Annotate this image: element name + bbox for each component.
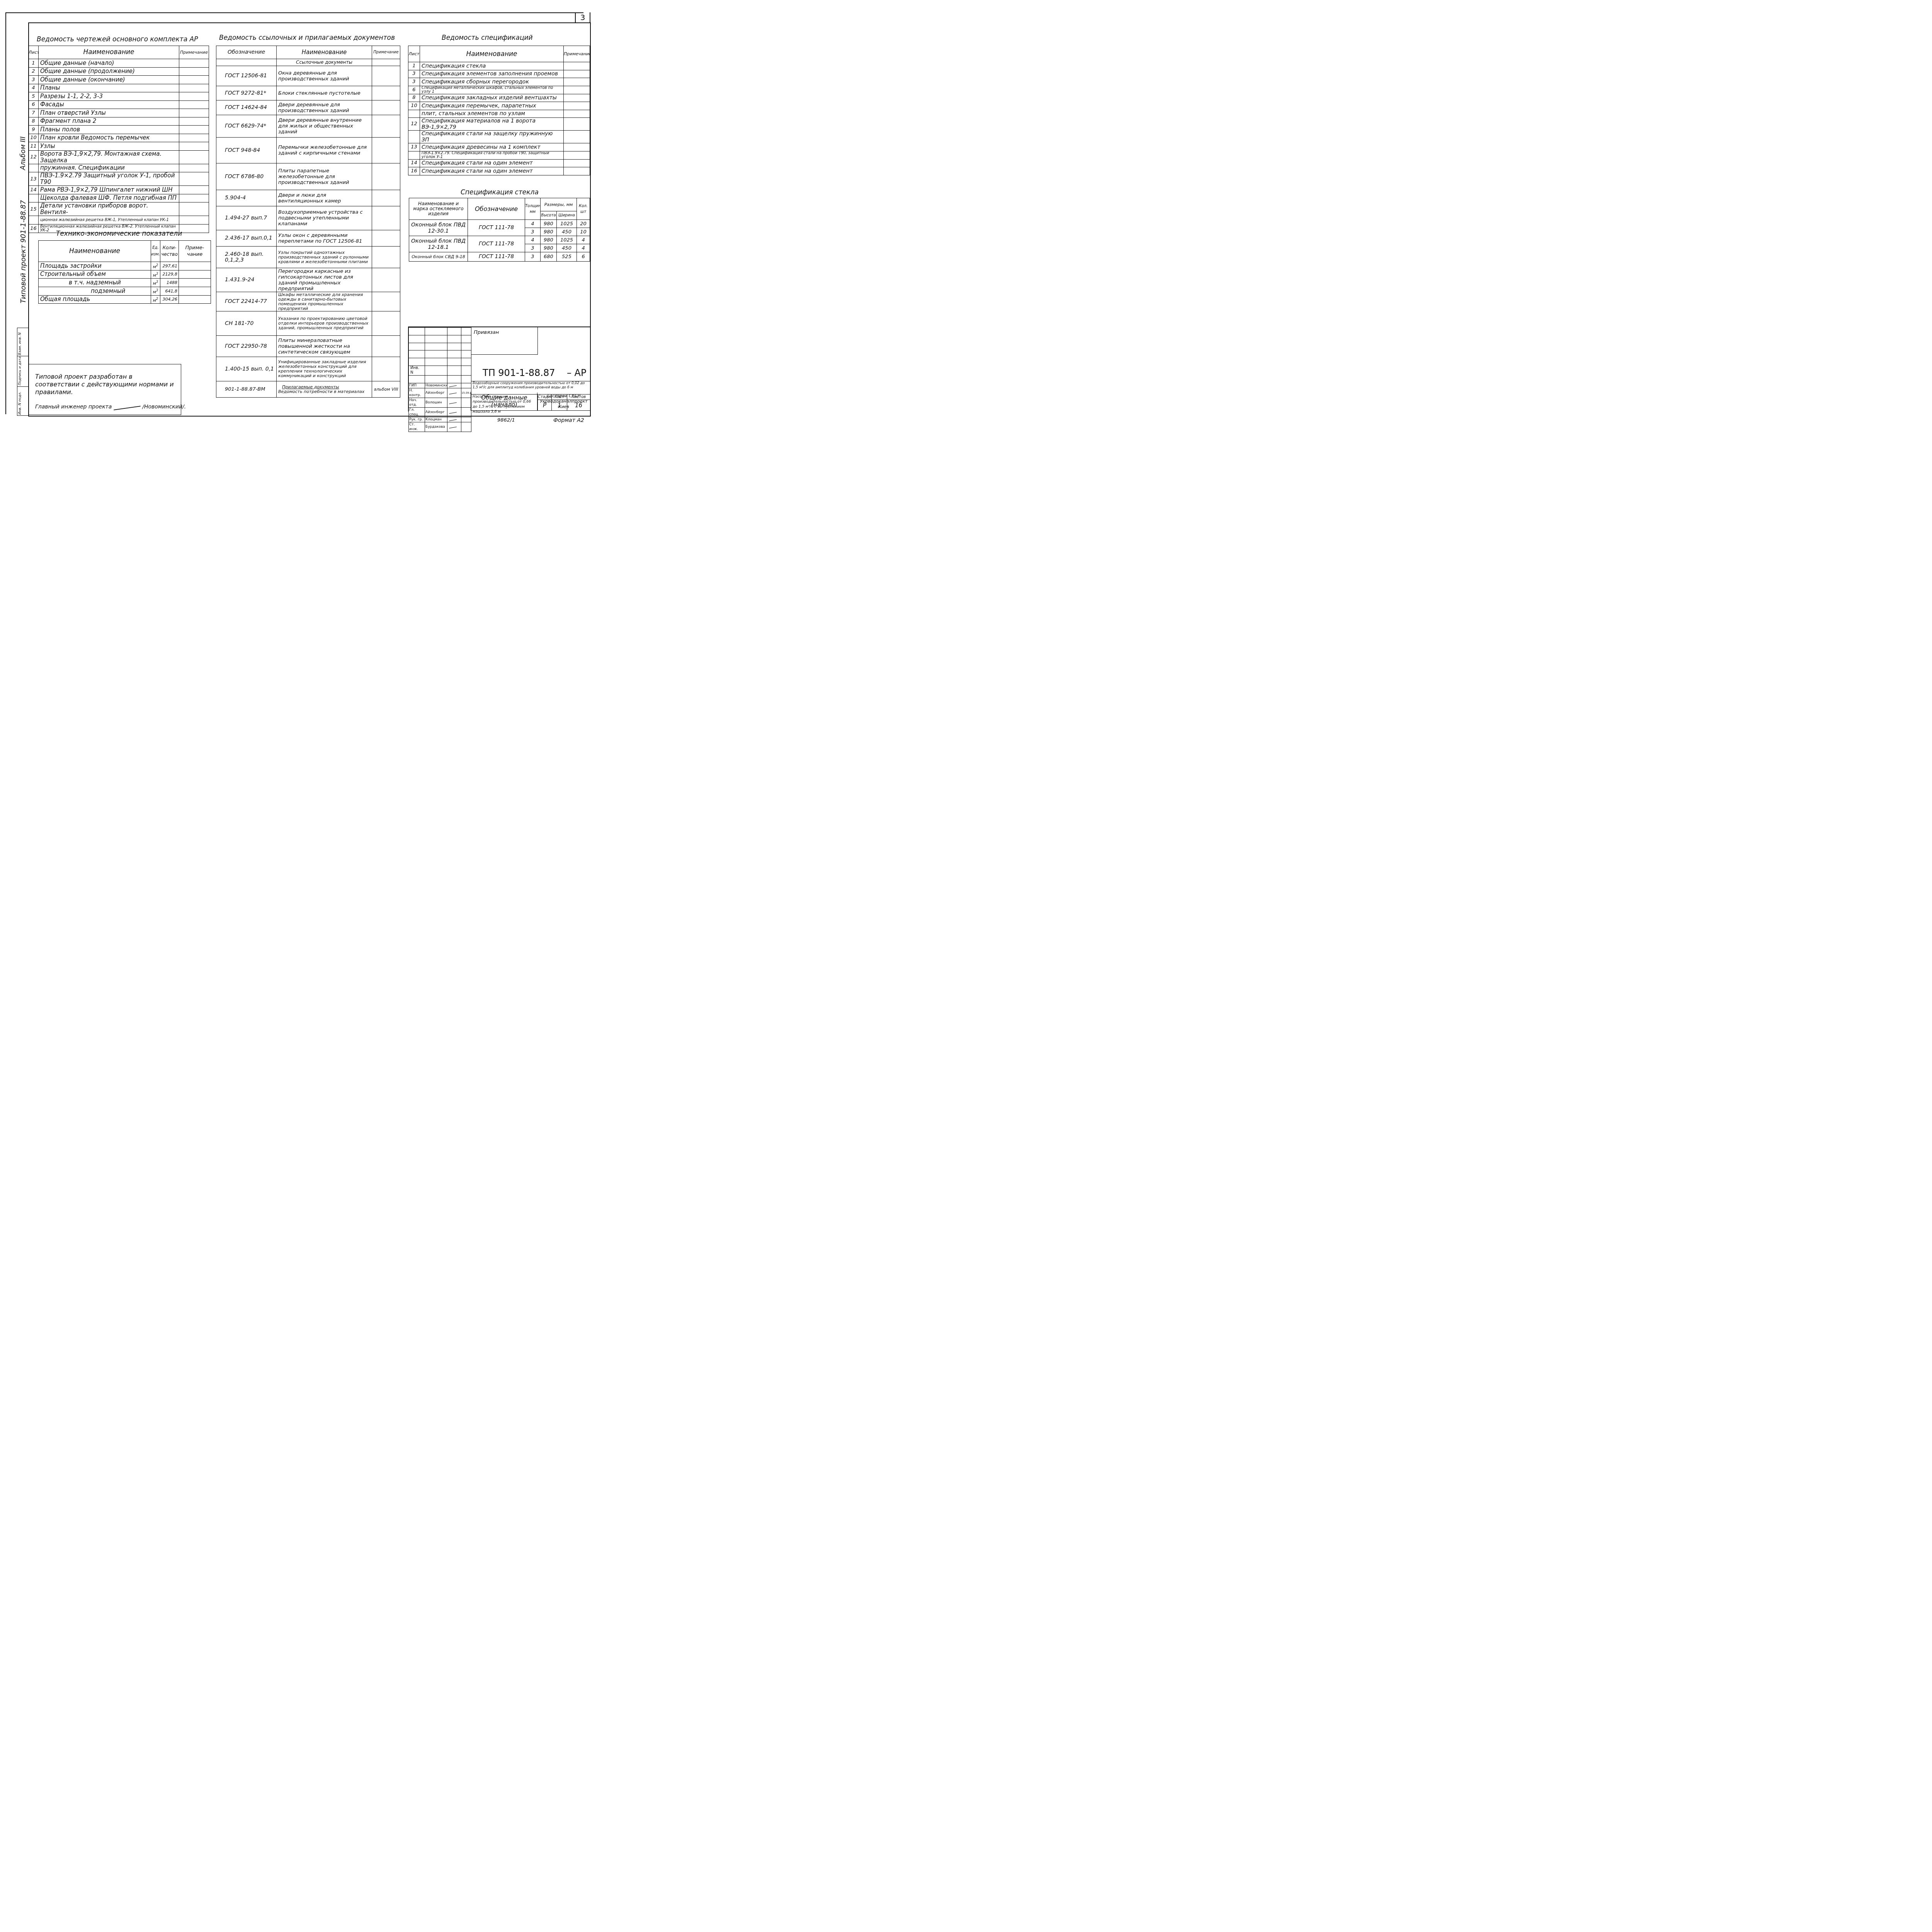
signature-mark <box>449 385 457 387</box>
empty-row <box>409 375 471 383</box>
col-code: Обозначение <box>468 198 525 220</box>
drawings-list-title: Ведомость чертежей основного комплекта А… <box>37 36 198 43</box>
note-cell <box>372 115 400 138</box>
name-cell: подземный <box>39 287 151 295</box>
sheet-cell: 12 <box>29 150 39 164</box>
sheet-cell: 8 <box>29 117 39 126</box>
name-cell: Унифицированные закладные изделия железо… <box>277 357 372 381</box>
code-cell: ГОСТ 22950-78 <box>216 336 277 357</box>
table-row: ГОСТ 9272-81*Блоки стеклянные пустотелые <box>216 86 400 100</box>
specs-list-title: Ведомость спецификаций <box>442 34 533 42</box>
name-cell: Спецификация древесины на 1 комплект <box>420 143 564 151</box>
name-cell: Новоминский <box>425 383 447 388</box>
drawings-list-table: Лист Наименование Примечание 1Общие данн… <box>28 46 209 233</box>
name-cell: План отверстий Узлы <box>39 109 179 117</box>
sheet-cell: 13 <box>408 143 420 151</box>
name-cell: Двери деревянные внутренние для жилых и … <box>277 115 372 138</box>
table-row: 3Спецификация сборных перегородок <box>408 78 590 86</box>
name-cell: пружинная. Спецификации <box>39 164 179 172</box>
name-cell: Спецификация стали на один элемент <box>420 167 564 175</box>
note-cell <box>179 59 209 68</box>
table-row: ционная жалюзийная решетка ВЖ-1, Утеплен… <box>29 216 209 224</box>
code-cell: ГОСТ 12506-81 <box>216 66 277 86</box>
col-note: Примечание <box>564 46 590 62</box>
code-cell: ГОСТ 111-78 <box>468 252 525 262</box>
chief-engineer-name: /Новоминский/. <box>142 404 186 410</box>
name-cell: Айзенберг <box>425 388 447 398</box>
name-cell: Спецификация перемычек, парапетных <box>420 102 564 110</box>
sheet-cell: 14 <box>29 186 39 194</box>
empty-row <box>409 328 471 335</box>
sheet-cell <box>29 216 39 224</box>
height-cell: 980 <box>541 228 557 236</box>
sheet-cell: 3 <box>408 70 420 78</box>
code-cell: 1.400-15 вып. 0,1 <box>216 357 277 381</box>
note-cell <box>179 142 209 151</box>
table-row: ГОСТ 948-84Перемычки железобетонные для … <box>216 138 400 163</box>
note-cell <box>372 66 400 86</box>
note-cell <box>564 151 590 159</box>
name-cell: Фрагмент плана 2 <box>39 117 179 126</box>
col-height: Высота <box>541 211 557 220</box>
qty-cell: 6 <box>577 252 590 262</box>
sheet-cell <box>408 131 420 143</box>
note-cell <box>179 150 209 164</box>
note-text: Типовой проект разработан в соответствии… <box>35 373 174 396</box>
qty-cell: 20 <box>577 220 590 228</box>
table-row: 2Общие данные (продолжение) <box>29 67 209 76</box>
note-cell <box>179 194 209 202</box>
code-cell: ГОСТ 111-78 <box>468 236 525 252</box>
thickness-cell: 4 <box>525 220 541 228</box>
table-row: ГОСТ 14624-84Двери деревянные для произв… <box>216 100 400 115</box>
name-cell: ПВЭ-1.9×2.79. Спецификация стали на проб… <box>420 151 564 159</box>
signature-cell <box>447 388 461 398</box>
col-name: Наименование <box>39 46 179 59</box>
table-row: 14Рама РВЭ-1,9×2,79 Шпингалет нижний ШН <box>29 186 209 194</box>
table-row: 2.436-17 вып.0,1Узлы окон с деревянными … <box>216 230 400 247</box>
thickness-cell: 3 <box>525 252 541 262</box>
album-label: Альбом III <box>19 128 27 170</box>
table-row: 6Спецификация металлических шкафов, стал… <box>408 86 590 94</box>
thickness-cell: 4 <box>525 236 541 244</box>
note-cell <box>564 70 590 78</box>
name-cell: Спецификация металлических шкафов, сталь… <box>420 86 564 94</box>
col-width: Ширина <box>557 211 577 220</box>
note-cell <box>179 164 209 172</box>
qty-cell: 4 <box>577 236 590 244</box>
sheet-title: Общие данные (начало) <box>471 393 537 408</box>
unit-cell: м3 <box>151 279 160 287</box>
note-cell <box>564 131 590 143</box>
table-row: в т.ч. надземныйм31488 <box>39 279 211 287</box>
col-unit: Ед. изм. <box>151 241 160 262</box>
name-cell: Узлы окон с деревянными переплетами по Г… <box>277 230 372 247</box>
table-row: Щеколда фалевая ШФ. Петля подгибная ПП <box>29 194 209 202</box>
table-row: 6Фасады <box>29 100 209 109</box>
sheet-cell <box>408 151 420 159</box>
table-row: 10План кровли Ведомость перемычек <box>29 134 209 142</box>
empty-row: Инв. N <box>409 366 471 375</box>
stamp-signature-date: Подпись и дата <box>18 358 22 385</box>
signature-mark <box>449 427 457 428</box>
specs-list-table: Лист Наименование Примечание 1Спецификац… <box>408 46 590 175</box>
format-label: Формат А2 <box>553 417 584 423</box>
signer-row: ГИПНовоминский <box>409 383 471 388</box>
sheet-cell: 15 <box>29 202 39 216</box>
item-name-cell: Оконный блок ПВД 12-30.1 <box>409 220 468 236</box>
unit-cell: м2 <box>151 295 160 304</box>
table-row: 13Спецификация древесины на 1 комплект <box>408 143 590 151</box>
chief-engineer-label: Главный инженер проекта <box>35 404 112 410</box>
table-row: 1Спецификация стекла <box>408 62 590 70</box>
table-row: Спецификация стали на защелку пружинную … <box>408 131 590 143</box>
signer-row: Ст. инж.Бурдакова <box>409 422 471 432</box>
item-name-cell: Оконный блок СВД 9-18 <box>409 252 468 262</box>
table-row: 1.494-27 вып.7Воздухоприемные устройства… <box>216 206 400 230</box>
note-cell <box>372 268 400 292</box>
signature-cell <box>447 407 461 417</box>
empty-row <box>409 335 471 343</box>
name-cell: Блоки стеклянные пустотелые <box>277 86 372 100</box>
height-cell: 980 <box>541 244 557 252</box>
reference-docs-title: Ведомость ссылочных и прилагаемых докуме… <box>219 34 395 42</box>
doc-code: ТП 901-1-88.87 – АР <box>483 367 586 378</box>
sheet-cell: 10 <box>408 102 420 110</box>
note-cell: альбом VIII <box>372 381 400 398</box>
height-cell: 980 <box>541 236 557 244</box>
note-cell <box>179 76 209 84</box>
table-row: Оконный блок ПВД 12-18.1ГОСТ 111-7849801… <box>409 236 590 244</box>
signature-cell <box>447 398 461 407</box>
table-row: 1.431.9-24Перегородки каркасные из гипсо… <box>216 268 400 292</box>
sheet-cell: 2 <box>29 67 39 76</box>
table-row: 7План отверстий Узлы <box>29 109 209 117</box>
table-row: Площадь застройким2297,61 <box>39 262 211 270</box>
table-row: пружинная. Спецификации <box>29 164 209 172</box>
signer-row: Рук. гр.Клоцман <box>409 417 471 422</box>
table-row: Оконный блок ПВД 12-30.1ГОСТ 111-7849801… <box>409 220 590 228</box>
section-row: Ссылочные документы <box>216 59 400 66</box>
col-qty: Коли-чество <box>160 241 179 262</box>
table-row: 3Спецификация элементов заполнения проем… <box>408 70 590 78</box>
sheet-cell: 6 <box>408 86 420 94</box>
table-row: 5Разрезы 1-1, 2-2, 3-3 <box>29 92 209 101</box>
table-row: ГОСТ 6629-74*Двери деревянные внутренние… <box>216 115 400 138</box>
name-cell: Площадь застройки <box>39 262 151 270</box>
role-cell: Гл. спец. <box>409 407 425 417</box>
name-cell: Прилагаемые документыВедомость потребнос… <box>277 381 372 398</box>
copy-number: 9862/1 <box>497 417 515 423</box>
note-cell <box>372 163 400 190</box>
note-cell <box>179 202 209 216</box>
code-cell: ГОСТ 14624-84 <box>216 100 277 115</box>
note-cell <box>564 159 590 167</box>
qty-cell: 4 <box>577 244 590 252</box>
reference-docs-table: Обозначение Наименование Примечание Ссыл… <box>216 46 400 398</box>
table-row: ГОСТ 22950-78Плиты минераловатные повыше… <box>216 336 400 357</box>
table-row: 3Общие данные (окончание) <box>29 76 209 84</box>
width-cell: 450 <box>557 228 577 236</box>
table-row: 13ПВЭ-1.9×2.79 Защитный уголок У-1, проб… <box>29 172 209 186</box>
note-cell <box>372 100 400 115</box>
thickness-cell: 3 <box>525 228 541 236</box>
margin-stamp: Инв. N подл. Подпись и дата Взам. инв. N <box>17 328 29 416</box>
name-cell: Планы полов <box>39 126 179 134</box>
empty-row <box>409 358 471 366</box>
table-row: Строительный объемм32129,8 <box>39 270 211 279</box>
code-cell: ГОСТ 9272-81* <box>216 86 277 100</box>
table-row: ГОСТ 12506-81Окна деревянные для произво… <box>216 66 400 86</box>
table-row: СН 181-70Указания по проектированию цвет… <box>216 311 400 336</box>
note-cell <box>372 206 400 230</box>
height-cell: 680 <box>541 252 557 262</box>
col-qty: Кол. шт <box>577 198 590 220</box>
code-cell: ГОСТ 6786-80 <box>216 163 277 190</box>
note-cell <box>564 94 590 102</box>
sheet-cell: 6 <box>29 100 39 109</box>
name-cell: Перемычки железобетонные для зданий с ки… <box>277 138 372 163</box>
sheet-cell: 13 <box>29 172 39 186</box>
item-name-cell: Оконный блок ПВД 12-18.1 <box>409 236 468 252</box>
col-name: Наименование <box>420 46 564 62</box>
sheet-cell <box>29 194 39 202</box>
table-row: 16Спецификация стали на один элемент <box>408 167 590 175</box>
col-sizes: Размеры, мм <box>541 198 577 211</box>
code-cell: 901-1-88.87-ВМ <box>216 381 277 398</box>
note-cell <box>179 216 209 224</box>
table-row: 15Детали установки приборов ворот. Венти… <box>29 202 209 216</box>
note-cell <box>564 78 590 86</box>
code-cell: ГОСТ 22414-77 <box>216 292 277 311</box>
table-row: 4Планы <box>29 84 209 92</box>
note-cell <box>179 92 209 101</box>
table-row: 12Спецификация материалов на 1 ворота ВЭ… <box>408 118 590 131</box>
sheet-cell: 8 <box>408 94 420 102</box>
date-cell: 15.09.87 <box>461 388 471 398</box>
name-cell: Разрезы 1-1, 2-2, 3-3 <box>39 92 179 101</box>
qty-cell: 10 <box>577 228 590 236</box>
name-cell: Спецификация закладных изделий вентшахты <box>420 94 564 102</box>
name-cell: Перегородки каркасные из гипсокартонных … <box>277 268 372 292</box>
qty-cell: 304,26 <box>160 295 179 304</box>
width-cell: 1025 <box>557 220 577 228</box>
thickness-cell: 3 <box>525 244 541 252</box>
table-row: 8Спецификация закладных изделий вентшахт… <box>408 94 590 102</box>
sheet-cell: 3 <box>29 76 39 84</box>
table-row: 1Общие данные (начало) <box>29 59 209 68</box>
note-cell <box>564 110 590 118</box>
signature-mark <box>449 402 457 404</box>
name-cell: Спецификация сборных перегородок <box>420 78 564 86</box>
name-cell: Узлы покрытий одноэтажных производственн… <box>277 247 372 268</box>
sheet-number-box: 3 <box>575 12 590 23</box>
name-cell: Общая площадь <box>39 295 151 304</box>
signer-row: Гл. спец.Айзенберг <box>409 407 471 417</box>
note-cell <box>372 86 400 100</box>
note-cell <box>179 186 209 194</box>
sheet-cell: 4 <box>29 84 39 92</box>
signer-row: Нач. отд.Волошин <box>409 398 471 407</box>
sheet-cell: 10 <box>29 134 39 142</box>
left-margin-line <box>5 12 6 414</box>
sheet-cell <box>29 164 39 172</box>
project-label: Типовой проект 901-1-88.87 <box>19 201 27 303</box>
sheet-cell: 12 <box>408 118 420 131</box>
signature-mark <box>449 393 457 394</box>
col-thickness: Толщина, мм <box>525 198 541 220</box>
name-cell: Детали установки приборов ворот. Вентиля… <box>39 202 179 216</box>
glass-spec-title: Спецификация стекла <box>461 189 539 196</box>
col-sheet: Лист <box>29 46 39 59</box>
note-cell <box>372 138 400 163</box>
code-cell: 1.494-27 вып.7 <box>216 206 277 230</box>
name-cell: Спецификация стекла <box>420 62 564 70</box>
qty-cell: 1488 <box>160 279 179 287</box>
name-cell: в т.ч. надземный <box>39 279 151 287</box>
name-cell: Строительный объем <box>39 270 151 279</box>
name-cell: ционная жалюзийная решетка ВЖ-1, Утеплен… <box>39 216 179 224</box>
name-cell: Клоцман <box>425 417 447 422</box>
code-cell: 2.436-17 вып.0,1 <box>216 230 277 247</box>
note-cell <box>564 167 590 175</box>
name-cell: Указания по проектированию цветовой отде… <box>277 311 372 336</box>
note-cell <box>179 84 209 92</box>
table-row: 12Ворота ВЭ-1,9×2,79. Монтажная схема. З… <box>29 150 209 164</box>
note-cell <box>179 224 209 233</box>
role-cell: Н. контр. <box>409 388 425 398</box>
col-name: Наименование <box>39 241 151 262</box>
note-cell <box>372 230 400 247</box>
col-note: Примечание <box>372 46 400 59</box>
code-cell: 2.460-18 вып. 0,1,2,3 <box>216 247 277 268</box>
note-cell <box>179 270 211 279</box>
table-row: плит, стальных элементов по узлам <box>408 110 590 118</box>
table-row: 10Спецификация перемычек, парапетных <box>408 102 590 110</box>
name-cell: Спецификация материалов на 1 ворота ВЭ-1… <box>420 118 564 131</box>
col-note: Примечание <box>179 46 209 59</box>
note-cell <box>179 295 211 304</box>
table-row: 1.400-15 вып. 0,1Унифицированные закладн… <box>216 357 400 381</box>
name-cell: Окна деревянные для производственных зда… <box>277 66 372 86</box>
doc-code-cell: ТП 901-1-88.87 – АР <box>471 354 590 381</box>
sheet-cell: 16 <box>408 167 420 175</box>
name-cell: ПВЭ-1.9×2.79 Защитный уголок У-1, пробой… <box>39 172 179 186</box>
col-code: Обозначение <box>216 46 277 59</box>
sheet-cell: 1 <box>408 62 420 70</box>
note-cell <box>372 336 400 357</box>
table-row: подземныйм3641,8 <box>39 287 211 295</box>
name-cell: Рама РВЭ-1,9×2,79 Шпингалет нижний ШН <box>39 186 179 194</box>
note-cell <box>179 109 209 117</box>
signer-row: Н. контр.Айзенберг15.09.87 <box>409 388 471 398</box>
name-cell: Общие данные (начало) <box>39 59 179 68</box>
name-cell: Айзенберг <box>425 407 447 417</box>
sheet-cell: 16 <box>29 224 39 233</box>
name-cell: Щеколда фалевая ШФ. Петля подгибная ПП <box>39 194 179 202</box>
width-cell: 450 <box>557 244 577 252</box>
signature-cell <box>447 422 461 432</box>
note-cell <box>564 102 590 110</box>
note-cell <box>179 67 209 76</box>
role-cell: Рук. гр. <box>409 417 425 422</box>
sheet-cell: 11 <box>29 142 39 151</box>
name-cell: Фасады <box>39 100 179 109</box>
name-cell: Ворота ВЭ-1,9×2,79. Монтажная схема. Защ… <box>39 150 179 164</box>
note-cell <box>372 311 400 336</box>
table-row: 8Фрагмент плана 2 <box>29 117 209 126</box>
stamp-inv-podl: Инв. N подл. <box>18 388 22 415</box>
name-cell: Узлы <box>39 142 179 151</box>
signature-mark <box>114 406 141 410</box>
sheet-cell: 1 <box>29 59 39 68</box>
table-row: ПВЭ-1.9×2.79. Спецификация стали на проб… <box>408 151 590 159</box>
table-row: 2.460-18 вып. 0,1,2,3Узлы покрытий одноэ… <box>216 247 400 268</box>
name-cell: Спецификация стали на защелку пружинную … <box>420 131 564 143</box>
qty-cell: 297,61 <box>160 262 179 270</box>
col-note: Приме-чание <box>179 241 211 262</box>
note-cell <box>564 86 590 94</box>
note-cell <box>179 134 209 142</box>
table-row: 9Планы полов <box>29 126 209 134</box>
table-row: Общая площадьм2304,26 <box>39 295 211 304</box>
width-cell: 1025 <box>557 236 577 244</box>
code-cell: СН 181-70 <box>216 311 277 336</box>
signature-cell <box>447 383 461 388</box>
sheet-cell: 3 <box>408 78 420 86</box>
note-cell <box>372 292 400 311</box>
name-cell: Общие данные (продолжение) <box>39 67 179 76</box>
note-cell <box>372 190 400 206</box>
role-cell: ГИП <box>409 383 425 388</box>
name-cell: Планы <box>39 84 179 92</box>
code-cell: ГОСТ 6629-74* <box>216 115 277 138</box>
bound-label: Привязан <box>474 330 499 335</box>
name-cell: Спецификация стали на один элемент <box>420 159 564 167</box>
top-left-margin-line <box>5 12 583 13</box>
qty-cell: 641,8 <box>160 287 179 295</box>
note-cell <box>564 62 590 70</box>
width-cell: 525 <box>557 252 577 262</box>
section-label: Прилагаемые документы <box>278 385 370 389</box>
name-cell: плит, стальных элементов по узлам <box>420 110 564 118</box>
glass-spec-table: Наименование и марка остекляемого издели… <box>409 198 590 262</box>
unit-cell: м3 <box>151 270 160 279</box>
sheet-cell: 7 <box>29 109 39 117</box>
name-cell: Плиты минераловатные повышенной жесткост… <box>277 336 372 357</box>
tech-indicators-table: Наименование Ед. изм. Коли-чество Приме-… <box>38 240 211 304</box>
signature-mark <box>449 419 457 421</box>
note-cell <box>179 126 209 134</box>
section-label: Ссылочные документы <box>277 59 372 66</box>
org-name: Госстрой СССР Укрводоканалпроект Киев <box>537 393 590 410</box>
note-cell <box>372 247 400 268</box>
org-cell: Госстрой СССР Укрводоканалпроект Киев <box>537 393 590 411</box>
sheet-cell: 9 <box>29 126 39 134</box>
note-box: Типовой проект разработан в соответствии… <box>28 364 181 415</box>
name-cell: Общие данные (окончание) <box>39 76 179 84</box>
unit-cell: м2 <box>151 262 160 270</box>
qty-cell: 2129,8 <box>160 270 179 279</box>
col-name: Наименование и марка остекляемого издели… <box>409 198 468 220</box>
table-row: 11Узлы <box>29 142 209 151</box>
name-cell: Шкафы металлические для хранения одежды … <box>277 292 372 311</box>
height-cell: 980 <box>541 220 557 228</box>
note-cell <box>179 262 211 270</box>
table-row: Оконный блок СВД 9-18ГОСТ 111-7836805256 <box>409 252 590 262</box>
empty-row <box>409 343 471 350</box>
note-cell <box>179 279 211 287</box>
